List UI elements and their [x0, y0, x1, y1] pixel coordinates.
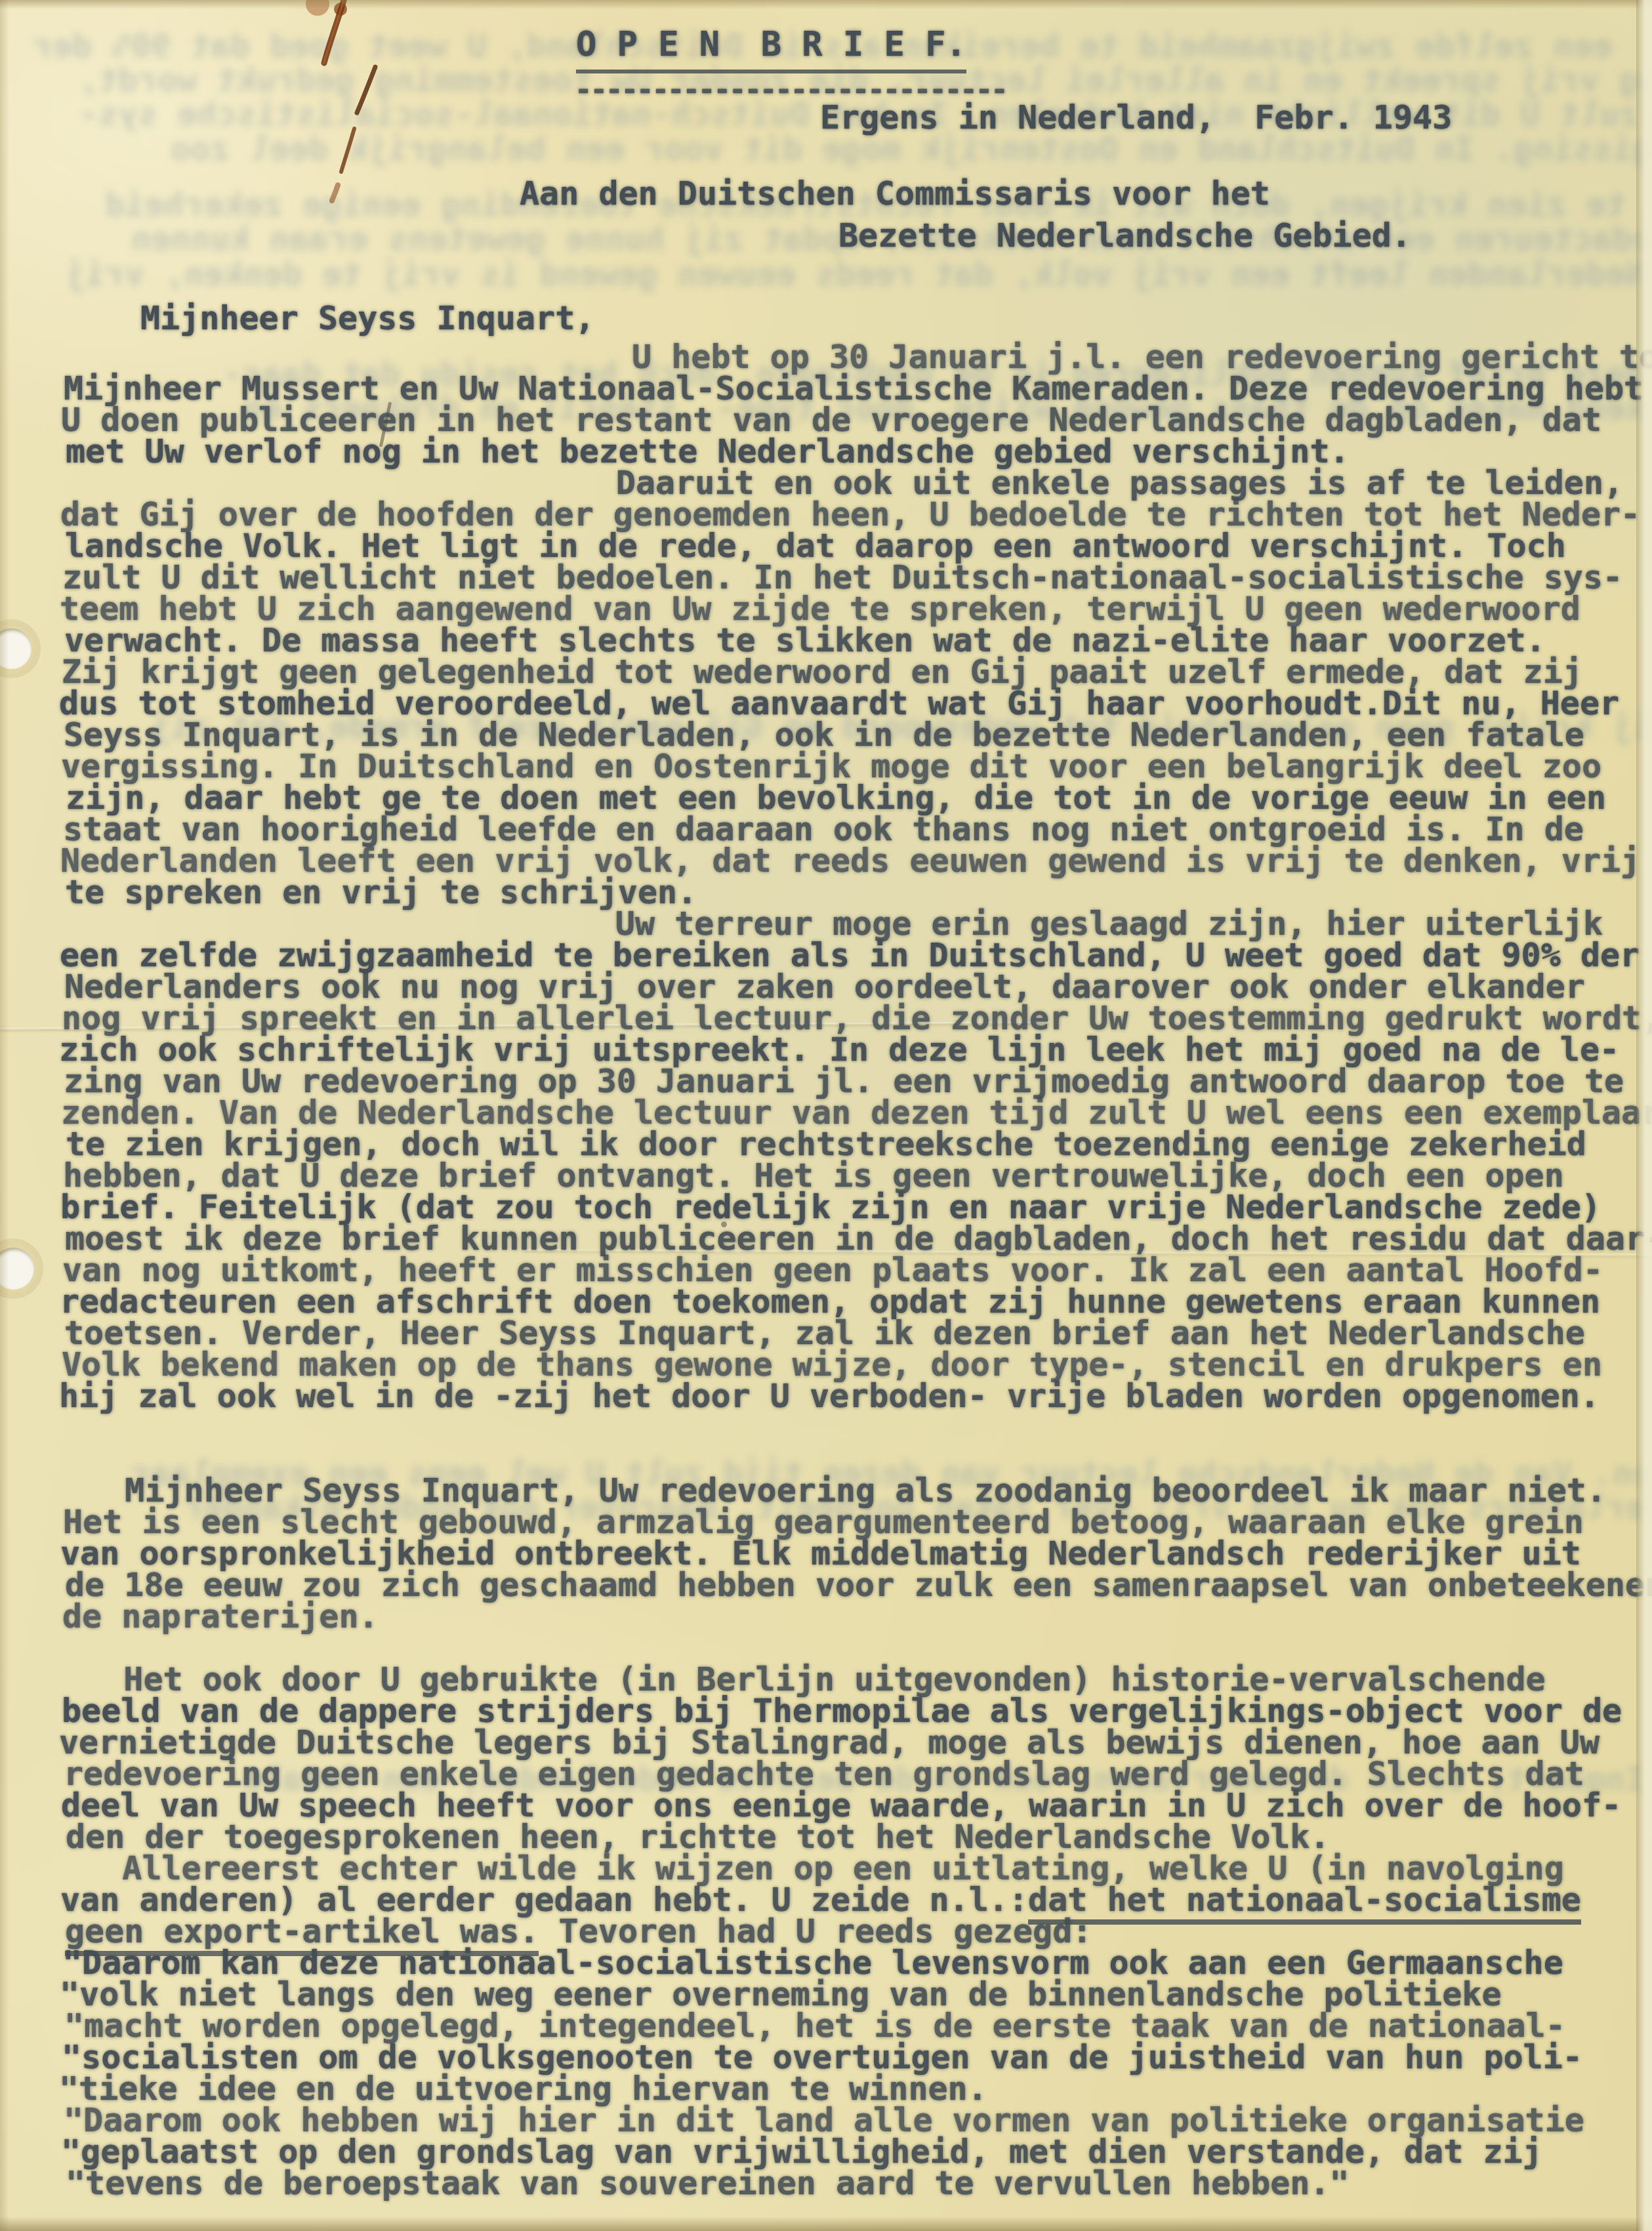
letter-line: Uw terreur moge erin geslaagd zijn, hier… — [62, 908, 1652, 939]
letter-line: hij zal ook wel in de -zij het door U ve… — [59, 1380, 1649, 1412]
letter-line: den der toegesprokenen heen, richtte tot… — [66, 1821, 1652, 1852]
letter-line: hebben, dat U deze brief ontvangt. Het i… — [63, 1160, 1652, 1191]
letter-line: redevoering geen enkele eigen gedachte t… — [64, 1758, 1652, 1790]
letter-line: zenden. Van de Nederlandsche lectuur van… — [61, 1097, 1651, 1128]
letter-line: U hebt op 30 Januari j.l. een redevoerin… — [59, 341, 1649, 373]
letter-line: Mijnheer Mussert en Uw Nationaal-Sociali… — [64, 373, 1652, 404]
letter-line — [60, 1632, 1649, 1664]
letter-line: nog vrij spreekt en in allerlei lectuur,… — [62, 1002, 1651, 1034]
letter-line: moest ik deze brief kunnen publiceeren i… — [65, 1223, 1652, 1254]
letter-line: toetsen. Verder, Heer Seyss Inquart, zal… — [64, 1317, 1652, 1349]
letter-line: deel van Uw speech heeft voor ons eenige… — [61, 1790, 1651, 1821]
letter-line: beeld van de dappere strijders bij Therm… — [62, 1695, 1651, 1727]
scan-edge-right — [1636, 0, 1652, 2231]
letter-line: vergissing. In Duitschland en Oostenrijk… — [61, 750, 1651, 782]
letter-line: van oorspronkelijkheid ontbreekt. Elk mi… — [60, 1538, 1650, 1569]
letter-line: verwacht. De massa heeft slechts te slik… — [64, 624, 1652, 656]
letter-line: Mijnheer Seyss Inquart, Uw redevoering a… — [66, 1475, 1652, 1506]
letter-line: "macht worden opgelegd, integendeel, het… — [64, 2010, 1652, 2041]
letter-title: O P E N B R I E F. — [576, 25, 966, 73]
letter-line: geen export-artikel was. Tevoren had U r… — [65, 1915, 1652, 1947]
letter-line: vernietigde Duitsche legers bij Stalingr… — [59, 1727, 1649, 1758]
letter-line: met Uw verlof nog in het bezette Nederla… — [66, 436, 1652, 467]
letter-line: de napraterijen. — [62, 1601, 1652, 1632]
rust-crack-stain — [276, 0, 446, 223]
addressee-line-1: Aan den Duitschen Commissaris voor het — [520, 174, 1270, 213]
letter-line: redacteuren een afschrift doen toekomen,… — [60, 1286, 1649, 1317]
letter-line: zich ook schriftelijk vrij uitspreekt. I… — [59, 1034, 1649, 1065]
salutation: Mijnheer Seyss Inquart, — [140, 299, 594, 337]
letter-line: Nederlanden leeft een vrij volk, dat ree… — [60, 845, 1650, 876]
scan-edge-top — [0, 0, 1652, 9]
letter-line: Seyss Inquart, is in de Nederladen, ook … — [64, 719, 1652, 750]
letter-line: te zien krijgen, doch wil ik door rechts… — [66, 1128, 1652, 1160]
letter-line: staat van hoorigheid leefde en daaraan o… — [63, 813, 1652, 845]
dateline: Ergens in Nederland, Febr. 1943 — [820, 98, 1452, 136]
addressee-line-2: Bezette Nederlandsche Gebied. — [838, 216, 1411, 255]
letter-line: dat Gij over de hoofden der genoemden he… — [60, 499, 1650, 530]
letter-line: teem hebt U zich aangewend van Uw zijde … — [60, 593, 1649, 624]
bleedthrough-line: Nederlanden leeft een vrij volk, dat ree… — [0, 258, 1645, 290]
letter-line: "tieke idee en de uitvoering hiervan te … — [59, 2073, 1649, 2104]
letter-line: "volk niet langs den weg eener overnemin… — [60, 1978, 1649, 2010]
letter-line: Daaruit en ook uit enkele passages is af… — [63, 467, 1652, 499]
letter-line — [61, 1443, 1651, 1475]
letter-line: Zij krijgt geen gelegenheid tot wederwoo… — [62, 656, 1651, 687]
letter-line: te spreken en vrij te schrijven. — [65, 876, 1652, 908]
letter-line: "socialisten om de volksgenooten te over… — [62, 2041, 1651, 2073]
scanned-letter-page: een zelfde zwijgzaamheid te bereiken als… — [0, 0, 1652, 2231]
letter-line: "geplaatst op den grondslag van vrijwill… — [61, 2136, 1651, 2167]
letter-line: een zelfde zwijgzaamheid te bereiken als… — [60, 939, 1649, 971]
letter-line — [64, 1412, 1652, 1443]
letter-line: brief. Feitelijk (dat zou toch redelijk … — [60, 1191, 1650, 1223]
letter-line: "Daarom kan deze nationaal-socialistisch… — [62, 1947, 1652, 1978]
letter-body: U hebt op 30 Januari j.l. een redevoerin… — [62, 341, 1652, 2199]
letter-line: "tevens de beroepstaak van souvereinen a… — [66, 2167, 1652, 2199]
letter-line: van nog uitkomt, heeft er misschien geen… — [62, 1254, 1652, 1286]
letter-line: de 18e eeuw zou zich geschaamd hebben vo… — [65, 1569, 1652, 1601]
bleedthrough-line: vergissing. In Duitschland en Oostenrijk… — [59, 133, 1652, 165]
letter-line: Het is een slecht gebouwd, armzalig gear… — [63, 1506, 1652, 1538]
letter-line: Volk bekend maken op de thans gewone wij… — [62, 1349, 1651, 1380]
letter-line: dus tot stomheid veroordeeld, wel aanvaa… — [59, 687, 1649, 719]
letter-line: "Daarom ook hebben wij hier in dit land … — [64, 2104, 1652, 2136]
letter-line: landsche Volk. Het ligt in de rede, dat … — [65, 530, 1652, 562]
letter-line: Het ook door U gebruikte (in Berlijn uit… — [64, 1664, 1652, 1695]
scan-edge-left — [0, 0, 9, 2231]
letter-line: Nederlanders ook nu nog vrij over zaken … — [64, 971, 1652, 1002]
scan-edge-bottom — [0, 2217, 1652, 2231]
letter-line: U doen publiceeren in het restant van de… — [61, 404, 1651, 436]
letter-line: zijn, daar hebt ge te doen met een bevol… — [66, 782, 1652, 813]
letter-line: van anderen) al eerder gedaan hebt. U ze… — [60, 1884, 1650, 1915]
letter-line: zult U dit wellicht niet bedoelen. In he… — [62, 562, 1652, 593]
letter-line: Allereerst echter wilde ik wijzen op een… — [63, 1852, 1652, 1884]
letter-line: zing van Uw redevoering op 30 Januari jl… — [64, 1065, 1652, 1097]
